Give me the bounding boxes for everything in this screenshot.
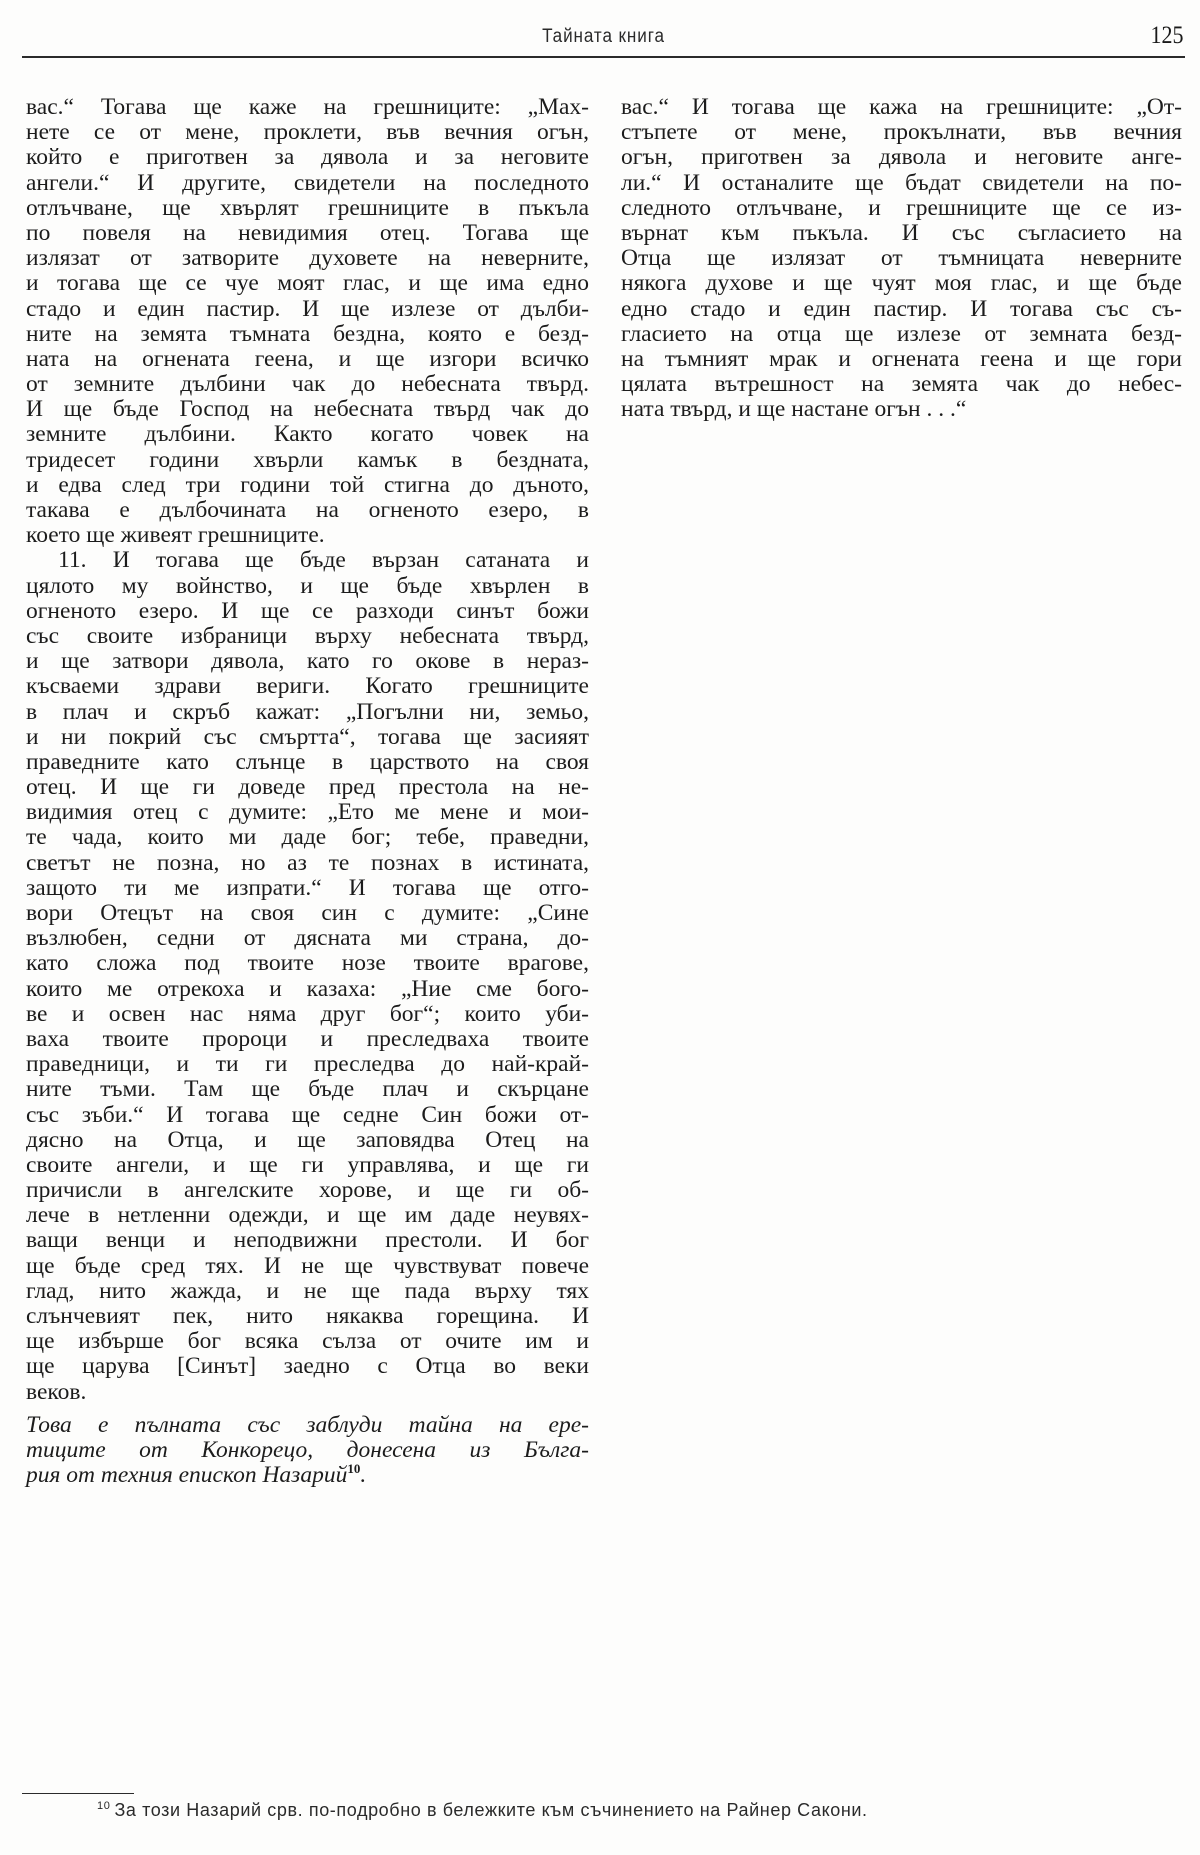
text-line: като сложа под твоите нозе твоите врагов… — [26, 951, 589, 976]
text-line: на тъмният мрак и огнената геена и ще го… — [621, 347, 1182, 372]
text-line: тиците от Конкорецо, донесена из Бълга- — [26, 1438, 589, 1463]
text-line: от земните дълбини чак до небесната твър… — [26, 372, 589, 397]
colophon: Това е пълната със заблуди тайна на ере-… — [26, 1413, 589, 1489]
text-line: следното отлъчване, и грешниците ще се и… — [621, 196, 1182, 221]
text-line: дясно на Отца, и ще заповядва Отец на — [26, 1128, 589, 1153]
text-line: те чада, които ми даде бог; тебе, правед… — [26, 825, 589, 850]
text-line: което ще живеят грешниците. — [26, 523, 589, 548]
text-line: излязат от затворите духовете на неверни… — [26, 246, 589, 271]
text-line: слънчевият пек, нито някаква горещина. И — [26, 1304, 589, 1329]
text-line: праведните като слънце в царството на св… — [26, 750, 589, 775]
footnote-number: 10 — [97, 1800, 110, 1812]
text-line: ве и освен нас няма друг бог“; които уби… — [26, 1002, 589, 1027]
footnote-rule — [22, 1793, 134, 1794]
text-line: защото ти ме изпрати.“ И тогава ще отго- — [26, 876, 589, 901]
text-line: в плач и скръб кажат: „Погълни ни, земьо… — [26, 700, 589, 725]
paragraph-section-11: 11. И тогава ще бъде вързан сатаната и ц… — [26, 548, 589, 1404]
text-line: ните на земята тъмната бездна, която е б… — [26, 322, 589, 347]
text-line: нете се от мене, проклети, във вечния ог… — [26, 120, 589, 145]
text-line: възлюбен, седни от дясната ми страна, до… — [26, 926, 589, 951]
text-line: И ще бъде Господ на небесната твърд чак … — [26, 397, 589, 422]
text-line: видимия отец с думите: „Ето ме мене и мо… — [26, 800, 589, 825]
text-line: своите ангели, и ще ги управлява, и ще г… — [26, 1153, 589, 1178]
text-line: ната на огнената геена, и ще изгори всич… — [26, 347, 589, 372]
colophon-last-text: рия от техния епископ Назарий — [26, 1462, 347, 1488]
colophon-period: . — [360, 1462, 366, 1488]
text-line: вас.“ И тогава ще кажа на грешниците: „О… — [621, 95, 1182, 120]
right-column: вас.“ И тогава ще кажа на грешниците: „О… — [621, 95, 1182, 422]
text-line: ангели.“ И другите, свидетели на последн… — [26, 171, 589, 196]
text-line: глад, нито жажда, и не ще пада върху тях — [26, 1279, 589, 1304]
text-line: огън, приготвен за дявола и неговите анг… — [621, 145, 1182, 170]
text-line: светът не позна, но аз те познах в истин… — [26, 851, 589, 876]
text-line-with-footnote: рия от техния епископ Назарий10. — [26, 1463, 589, 1488]
text-line: вас.“ Тогава ще каже на грешниците: „Мах… — [26, 95, 589, 120]
header-rule — [22, 56, 1185, 58]
text-line: със своите избраници върху небесната твъ… — [26, 624, 589, 649]
running-title: Тайната книга — [80, 26, 1127, 48]
text-line: късваеми здрави вериги. Когато грешницит… — [26, 674, 589, 699]
page-number: 125 — [1150, 22, 1183, 50]
text-line: със зъби.“ И тогава ще седне Син божи от… — [26, 1103, 589, 1128]
text-line: такава е дълбочината на огненото езеро, … — [26, 498, 589, 523]
text-line: едно стадо и един пастир. И тогава със с… — [621, 297, 1182, 322]
text-line: лече в нетленни одежди, и ще им даде неу… — [26, 1203, 589, 1228]
footnote: 10За този Назарий срв. по-подробно в бел… — [97, 1800, 868, 1821]
text-line: отец. И ще ги доведе пред престола на не… — [26, 775, 589, 800]
text-line: отлъчване, ще хвърлят грешниците в пъкъл… — [26, 196, 589, 221]
text-line: ните тъми. Там ще бъде плач и скърцане — [26, 1077, 589, 1102]
parallel-text-paragraph: вас.“ И тогава ще кажа на грешниците: „О… — [621, 95, 1182, 422]
text-line: тридесет години хвърли камък в бездната, — [26, 448, 589, 473]
footnote-reference[interactable]: 10 — [347, 1461, 360, 1476]
text-line: причисли в ангелските хорове, и ще ги об… — [26, 1178, 589, 1203]
text-line: Отца ще излязат от тъмницата неверните — [621, 246, 1182, 271]
text-line: и ни покрий със смъртта“, тогава ще заси… — [26, 725, 589, 750]
text-line: 11. И тогава ще бъде вързан сатаната и — [26, 548, 589, 573]
footnote-text: За този Назарий срв. по-подробно в бележ… — [114, 1800, 867, 1820]
text-line: огненото езеро. И ще се разходи синът бо… — [26, 599, 589, 624]
text-line: ващи венци и неподвижни престоли. И бог — [26, 1228, 589, 1253]
text-line: стадо и един пастир. И ще излезе от дълб… — [26, 297, 589, 322]
text-line: който е приготвен за дявола и за неговит… — [26, 145, 589, 170]
text-line: ще избърше бог всяка сълза от очите им и — [26, 1329, 589, 1354]
text-line: Това е пълната със заблуди тайна на ере- — [26, 1413, 589, 1438]
text-line: и едва след три години той стигна до дън… — [26, 473, 589, 498]
left-column: вас.“ Тогава ще каже на грешниците: „Мах… — [26, 95, 589, 1488]
text-line: цялата вътрешност на земята чак до небес… — [621, 372, 1182, 397]
text-line: веков. — [26, 1380, 589, 1405]
text-line: ще бъде сред тях. И не ще чувствуват пов… — [26, 1254, 589, 1279]
page-header: Тайната книга 125 — [22, 22, 1185, 58]
text-line: върнат към пъкъла. И със съгласието на — [621, 221, 1182, 246]
text-line: които ме отрекоха и казаха: „Ние сме бог… — [26, 977, 589, 1002]
text-line: по повеля на невидимия отец. Тогава ще — [26, 221, 589, 246]
text-line: ната твърд, и ще настане огън . . .“ — [621, 397, 1182, 422]
text-line: ще царува [Синът] заедно с Отца во веки — [26, 1354, 589, 1379]
text-line: праведници, и ти ги преследва до най-кра… — [26, 1052, 589, 1077]
text-line: вори Отецът на своя син с думите: „Сине — [26, 901, 589, 926]
text-line: стъпете от мене, прокълнати, във вечния — [621, 120, 1182, 145]
text-line: земните дълбини. Както когато човек на — [26, 422, 589, 447]
text-line: някога духове и ще чуят моя глас, и ще б… — [621, 271, 1182, 296]
text-line: ваха твоите пророци и преследваха твоите — [26, 1027, 589, 1052]
text-line: и тогава ще се чуе моят глас, и ще има е… — [26, 271, 589, 296]
text-line: гласието на отца ще излезе от земната бе… — [621, 322, 1182, 347]
text-line: и ще затвори дявола, като го окове в нер… — [26, 649, 589, 674]
paragraph-continuation: вас.“ Тогава ще каже на грешниците: „Мах… — [26, 95, 589, 548]
text-line: ли.“ И останалите ще бъдат свидетели на … — [621, 171, 1182, 196]
text-line: цялото му войнство, и ще бъде хвърлен в — [26, 574, 589, 599]
